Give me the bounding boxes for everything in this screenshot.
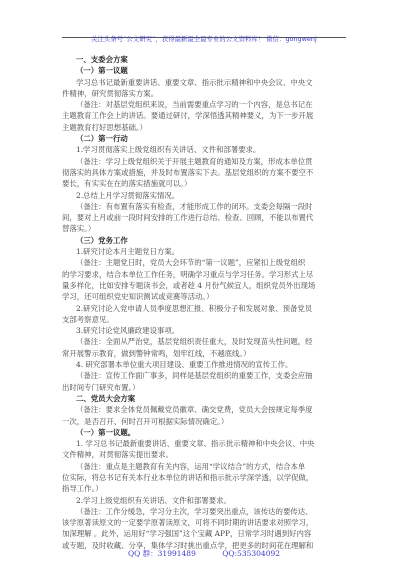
paragraph-line: 1. 学习总书记最新重要讲话、重要文章、指示批示精神和中央会议、中央 [62, 438, 346, 449]
footer-qq: QQ:535304092 [222, 549, 280, 558]
paragraph-line: 2.学习上级党组织有关讲话、文件和部署要求。 [62, 495, 346, 506]
paragraph-line: （备注：主题党日时，党员大会环节的“第一议题”，应紧扣上级党组织 [62, 257, 346, 268]
paragraph-line: 主题教育工作会上的讲话。要通过研讨，学深悟透其精神要义，为下一步开展 [62, 110, 346, 121]
paragraph-line: 常开展警示教育，做到警钟常鸣，划牢红线，不越底线。） [62, 348, 346, 359]
paragraph-line: 该学原著读原文的一定要学原著读原文，可将不同时期的讲话要求对照学习， [62, 517, 346, 528]
paragraph-line: （备注：工作分缓急，学习分主次，学习要突出重点，该传达的要传达、 [62, 506, 346, 517]
subsection-heading: （一）第一议题 [62, 65, 346, 76]
paragraph-line: 加深理解 。此外，运用好“学习强国”这个宝藏 APP，日常学习时遇到好内容 [62, 528, 346, 539]
paragraph-line: （备注：宣传工作面广事多，同样是基层党组织的重要工作，支委会应抽 [62, 370, 346, 381]
header-banner-text[interactable]: 关注头条号“公文研究”，获得最新最全最专业的公文资料库！ 微信：gongwenj [91, 36, 317, 43]
paragraph-line: 替落实。） [62, 223, 346, 234]
subsection-heading: （一）第一议题。 [62, 427, 346, 438]
section-heading: 二、党员大会方案 [62, 393, 346, 404]
paragraph-line: 1.学习贯彻落实上级党组织有关讲话、文件和部署要求。 [62, 144, 346, 155]
paragraph-line: （备注：学习上级党组织关于开展主题教育的通知及方案，形成本单位贯 [62, 156, 346, 167]
paragraph-line: 1.研究讨论本月主题党日方案。 [62, 246, 346, 257]
header-banner: 关注头条号“公文研究”，获得最新最全最专业的公文资料库！ 微信：gongwenj [62, 26, 346, 38]
paragraph-line: 件精神，研究贯彻落实方案。 [62, 88, 346, 99]
paragraph-line: （备注：对基层党组织来说，当前需要重点学习的一个内容，是总书记在 [62, 99, 346, 110]
paragraph-line: 学习总书记最新重要讲话、重要文章、指示批示精神和中央会议、中央文 [62, 77, 346, 88]
subsection-heading: （三）党务工作 [62, 235, 346, 246]
paragraph-line: 主题教育打好思想基础。） [62, 122, 346, 133]
footer: QQ 群：31991489 QQ:535304092 [0, 548, 408, 559]
paragraph-line: 一次，是否召开、何时召开可根据实际情况确定。） [62, 416, 346, 427]
subsection-heading: （二）第一行动 [62, 133, 346, 144]
paragraph-line: 出时间专门研究布置。） [62, 382, 346, 393]
footer-qq-group: QQ 群：31991489 [128, 549, 196, 558]
paragraph-line: 2.总结上月学习贯彻落实情况。 [62, 190, 346, 201]
paragraph-line: 彻落实的具体方案或措施，并及时布置落实下去。基层党组织的方案不要空不 [62, 167, 346, 178]
paragraph-line: 2.研究讨论入党申请人员季度思想汇报、积极分子和发展对象、预备党员 [62, 303, 346, 314]
paragraph-line: 支部考察意见。 [62, 314, 346, 325]
paragraph-line: （备注：有布置有落实有检查，才能形成工作的闭环。支委会每隔一段时 [62, 201, 346, 212]
paragraph-line: 位实际，将总书记有关本行业本单位的讲话和指示批示学深学透，以学促做， [62, 472, 346, 483]
paragraph-line: （备注：要求全体党员佩戴党员徽章、确交党费，党员大会按规定每季度 [62, 404, 346, 415]
paragraph-line: 4. 研究部署本单位重大项目建设、重要工作推进情况的宣传工作。 [62, 359, 346, 370]
paragraph-line: 量多样化，比如安排专题读书会，或者趁 4 月份气候宜人，组织党员外出现场 [62, 280, 346, 291]
paragraph-line: 的学习要求，结合本单位工作任务，明确学习重点与学习任务。学习形式上尽 [62, 269, 346, 280]
paragraph-line: 3.研究讨论党风廉政建设事项。 [62, 325, 346, 336]
paragraph-line: 指导工作。） [62, 483, 346, 494]
document-body: 一、支委会方案（一）第一议题学习总书记最新重要讲话、重要文章、指示批示精神和中央… [62, 54, 346, 551]
section-heading: 一、支委会方案 [62, 54, 346, 65]
paragraph-line: 学习，还可组织党史知识测试或竞赛等活动。） [62, 291, 346, 302]
paragraph-line: （备注：全面从严治党，基层党组织责任重大，及时发现苗头性问题，经 [62, 336, 346, 347]
paragraph-line: 文件精神，对贯彻落实提出要求。 [62, 449, 346, 460]
paragraph-line: （备注：重点是主题教育有关内容，运用“学议结合”的方式，结合本单 [62, 461, 346, 472]
paragraph-line: 要长，有实实在在的落实措施就可以。） [62, 178, 346, 189]
paragraph-line: 间，要对上月或前一段时间安排的工作进行总结、检查、回顾，不能以布置代 [62, 212, 346, 223]
